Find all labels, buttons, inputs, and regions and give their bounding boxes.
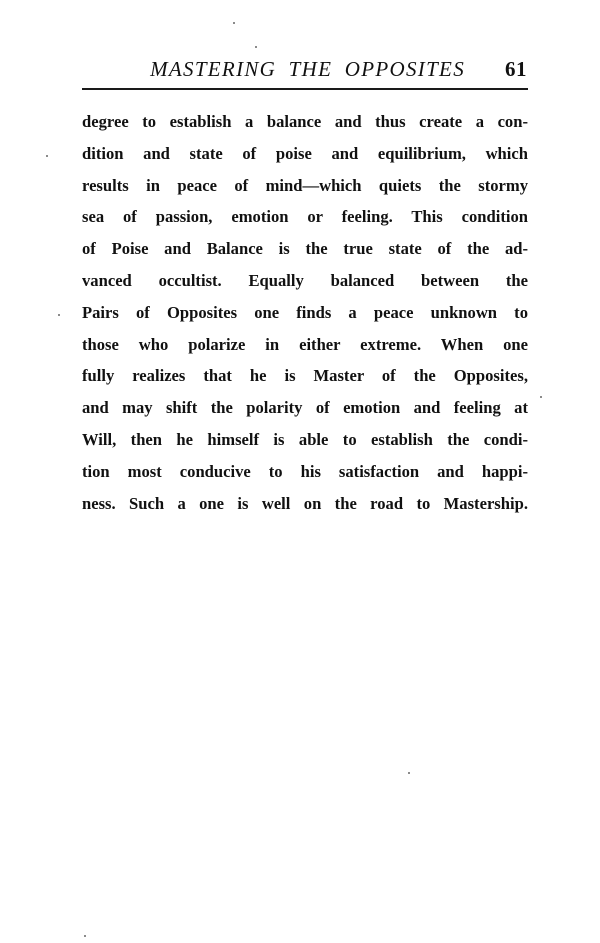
text-line: ness. Such a one is well on the road to … (82, 488, 528, 520)
page-number: 61 (505, 57, 527, 82)
scan-speck (233, 22, 235, 24)
body-paragraph: degree to establish a balance and thus c… (82, 106, 528, 519)
book-page: MASTERING THE OPPOSITES 61 degree to est… (0, 0, 600, 943)
header-rule (82, 88, 528, 90)
text-line: vanced occultist. Equally balanced betwe… (82, 265, 528, 297)
scan-speck (46, 155, 48, 157)
text-line: sea of passion, emotion or feeling. This… (82, 201, 528, 233)
text-line: dition and state of poise and equilibriu… (82, 138, 528, 170)
scan-speck (58, 314, 60, 316)
running-title: MASTERING THE OPPOSITES (150, 57, 465, 82)
scan-speck (84, 935, 86, 937)
text-line: fully realizes that he is Master of the … (82, 360, 528, 392)
text-line: degree to establish a balance and thus c… (82, 106, 528, 138)
scan-speck (408, 772, 410, 774)
text-line: those who polarize in either extreme. Wh… (82, 329, 528, 361)
running-head: MASTERING THE OPPOSITES 61 (82, 57, 527, 85)
text-line: Pairs of Opposites one finds a peace unk… (82, 297, 528, 329)
text-line: results in peace of mind—which quiets th… (82, 170, 528, 202)
text-line: of Poise and Balance is the true state o… (82, 233, 528, 265)
text-line: and may shift the polarity of emotion an… (82, 392, 528, 424)
text-line: Will, then he himself is able to establi… (82, 424, 528, 456)
scan-speck (255, 46, 257, 48)
scan-speck (540, 396, 542, 398)
text-line: tion most conducive to his satisfaction … (82, 456, 528, 488)
